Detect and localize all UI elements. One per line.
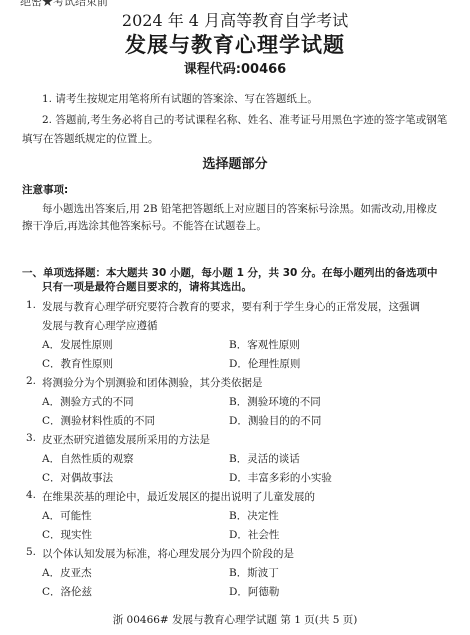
course-code: 课程代码:00466 xyxy=(0,58,470,77)
question-2-option-c: C．测验材料性质的不同 xyxy=(42,413,155,428)
question-4-option-c: C．现实性 xyxy=(42,527,92,542)
question-2-option-a: A．测验方式的不同 xyxy=(42,394,134,409)
question-4-number: 4. xyxy=(26,489,36,501)
notice-line-2: 擦干净后,再选涂其他答案标号。不能答在试题卷上。 xyxy=(22,219,267,233)
subject-title: 发展与教育心理学试题 xyxy=(0,29,470,59)
question-3-stem: 皮亚杰研究道德发展所采用的方法是 xyxy=(42,432,210,447)
question-1-option-b: B．客观性原则 xyxy=(229,337,300,352)
question-4-option-d: D．社会性 xyxy=(229,527,279,542)
question-5-stem: 以个体认知发展为标准，将心理发展分为四个阶段的是 xyxy=(42,546,294,561)
question-1-number: 1. xyxy=(26,299,36,311)
instruction-1: 1. 请考生按规定用笔将所有试题的答案涂、写在答题纸上。 xyxy=(42,92,318,106)
question-2-number: 2. xyxy=(26,375,36,387)
instruction-2-cont: 填写在答题纸规定的位置上。 xyxy=(22,132,159,146)
question-1-option-a: A．发展性原则 xyxy=(42,337,113,352)
exam-title: 2024 年 4 月高等教育自学考试 xyxy=(0,8,470,31)
part-one-heading: 一、单项选择题：本大题共 30 小题，每小题 1 分，共 30 分。在每小题列出… xyxy=(22,266,437,280)
question-5-option-b: B．斯波丁 xyxy=(229,565,279,580)
question-1-option-d: D．伦理性原则 xyxy=(229,356,300,371)
page-footer: 浙 00466# 发展与教育心理学试题 第 1 页(共 5 页) xyxy=(0,612,470,627)
question-2-option-b: B．测验环境的不同 xyxy=(229,394,321,409)
part-one-heading-cont: 只有一项是最符合题目要求的，请将其选出。 xyxy=(42,280,252,294)
instruction-2: 2. 答题前,考生务必将自己的考试课程名称、姓名、准考证号用黑色字迹的签字笔或钢… xyxy=(42,113,447,127)
question-3-option-d: D．丰富多彩的小实验 xyxy=(229,470,332,485)
section-title: 选择题部分 xyxy=(0,153,470,172)
question-4-option-a: A．可能性 xyxy=(42,508,92,523)
question-5-number: 5. xyxy=(26,546,36,558)
question-3-option-a: A．自然性质的观察 xyxy=(42,451,134,466)
question-4-stem: 在维果茨基的理论中，最近发展区的提出说明了儿童发展的 xyxy=(42,489,315,504)
question-3-option-c: C．对偶故事法 xyxy=(42,470,113,485)
notice-label: 注意事项: xyxy=(22,183,68,197)
question-1-stem-cont: 发展与教育心理学应遵循 xyxy=(42,318,158,333)
question-3-number: 3. xyxy=(26,432,36,444)
question-3-option-b: B．灵活的谈话 xyxy=(229,451,300,466)
question-4-option-b: B．决定性 xyxy=(229,508,279,523)
question-2-stem: 将测验分为个别测验和团体测验，其分类依据是 xyxy=(42,375,263,390)
question-1-stem: 发展与教育心理学研究要符合教育的要求，要有利于学生身心的正常发展，这强调 xyxy=(42,299,420,314)
question-2-option-d: D．测验目的的不同 xyxy=(229,413,321,428)
question-5-option-a: A．皮亚杰 xyxy=(42,565,92,580)
question-5-option-d: D．阿德勒 xyxy=(229,584,279,599)
question-1-option-c: C．教育性原则 xyxy=(42,356,113,371)
question-5-option-c: C．洛伦兹 xyxy=(42,584,92,599)
notice-line-1: 每小题选出答案后,用 2B 铅笔把答题纸上对应题目的答案标号涂黑。如需改动,用橡… xyxy=(42,202,437,216)
